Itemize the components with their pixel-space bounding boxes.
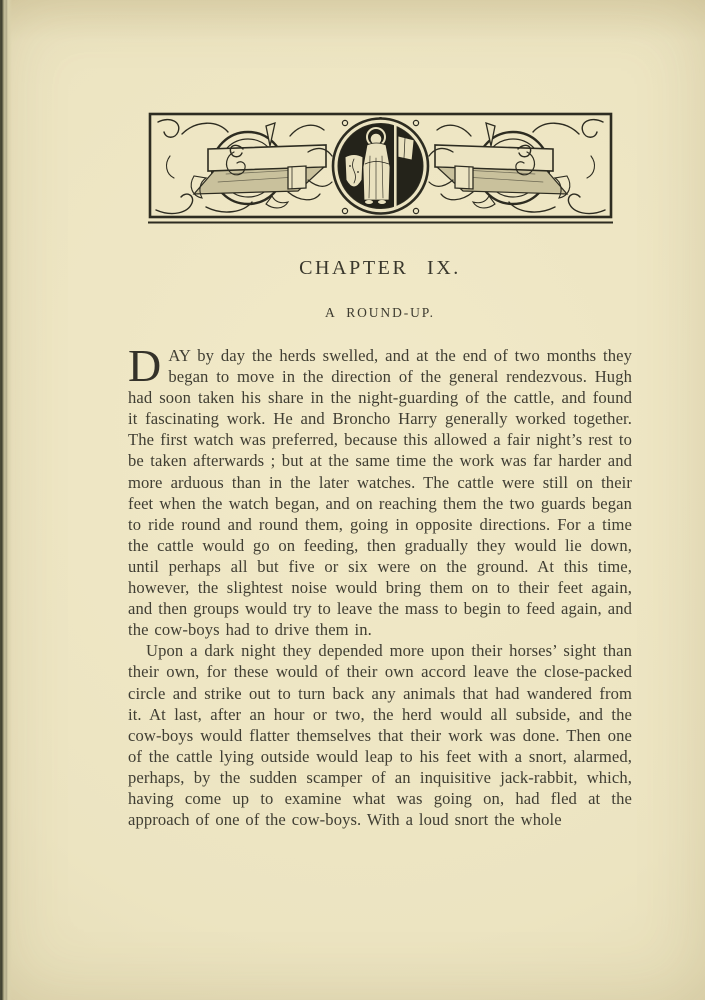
drop-cap: D [128, 345, 168, 384]
body-text: DAY by day the herds swelled, and at the… [128, 345, 632, 830]
headband-illustration [148, 112, 613, 225]
paragraph-2: Upon a dark night they depended more upo… [128, 640, 632, 830]
chapter-subtitle: A ROUND-UP. [128, 305, 632, 321]
chapter-head-engraving [148, 112, 613, 230]
paragraph-1-text: AY by day the herds swelled, and at the … [128, 346, 632, 639]
paragraph-1: DAY by day the herds swelled, and at the… [128, 345, 632, 640]
page-content: CHAPTER IX. A ROUND-UP. DAY by day the h… [128, 0, 632, 830]
knight-medallion [333, 119, 428, 214]
chapter-title: CHAPTER IX. [128, 257, 632, 280]
book-page: CHAPTER IX. A ROUND-UP. DAY by day the h… [0, 0, 705, 1000]
page-binding-edge [0, 0, 12, 1000]
